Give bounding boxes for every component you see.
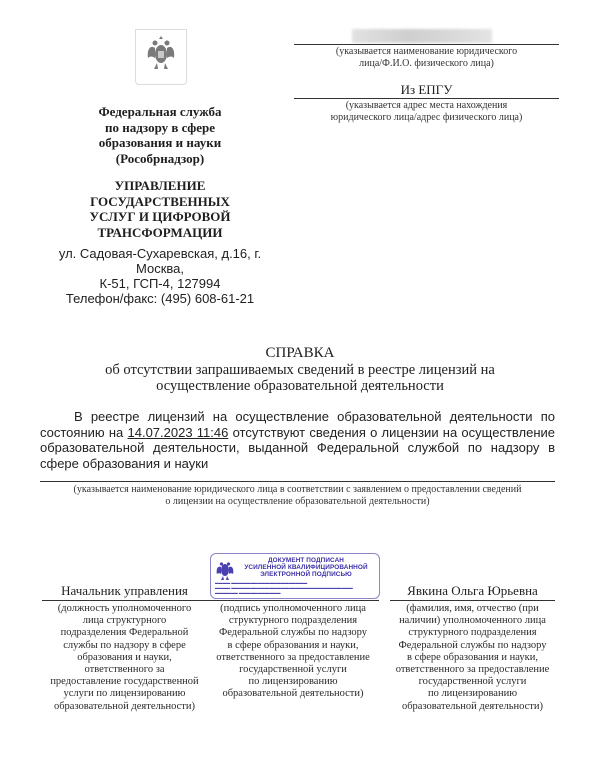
organization-line: Федеральная служба [60, 104, 260, 120]
hint-line: ответственного за предоставление [390, 664, 555, 676]
stamp-title: ДОКУМЕНТ ПОДПИСАН УСИЛЕННОЙ КВАЛИФИЦИРОВ… [237, 557, 375, 579]
stamp-validity-line: ▬▬▬▬▬▬ ▬▬▬▬▬▬▬▬▬▬▬ [215, 591, 375, 595]
hint-line: образовательной деятельности) [390, 701, 555, 713]
department-line: УПРАВЛЕНИЕ [60, 178, 260, 194]
hint-line: (указывается адрес места нахождения [294, 100, 559, 112]
hint-line: Федеральной службы по надзору [390, 640, 555, 652]
hint-line: предоставление государственной [42, 676, 207, 688]
hint-line: (должность уполномоченного [42, 603, 207, 615]
hint-line: государственной услуги [390, 676, 555, 688]
organization-address: ул. Садовая-Сухаревская, д.16, г. Москва… [38, 246, 282, 306]
hint-line: государственной услуги [207, 664, 379, 676]
position-line [42, 600, 207, 601]
document-title: СПРАВКА [0, 345, 600, 362]
organization-line: (Рособрнадзор) [60, 151, 260, 167]
hint-line: ответственного за предоставление [207, 652, 379, 664]
recipient-name-line [294, 44, 559, 45]
recipient-address-hint: (указывается адрес места нахождения юрид… [294, 100, 559, 124]
full-name-line [390, 600, 555, 601]
hint-line: ответственного за [42, 664, 207, 676]
position-hint: (должность уполномоченного лица структур… [42, 603, 207, 713]
entity-name-line [40, 481, 555, 482]
full-name-hint: (фамилия, имя, отчество (при наличии) уп… [390, 603, 555, 713]
organization-line: по надзору в сфере [60, 120, 260, 136]
coat-of-arms-emblem [135, 29, 187, 85]
hint-line: (фамилия, имя, отчество (при [390, 603, 555, 615]
address-line: К-51, ГСП-4, 127994 [38, 276, 282, 291]
stamp-owner-line: ▬▬▬▬ ▬▬▬▬▬▬▬▬▬▬▬▬▬▬▬▬▬▬▬▬▬▬▬▬▬▬▬▬▬▬▬▬ [215, 586, 375, 590]
hint-line: (указывается наименование юридического [294, 46, 559, 58]
redacted-recipient-name [352, 29, 492, 43]
department-line: ТРАНСФОРМАЦИИ [60, 225, 260, 241]
recipient-name-hint: (указывается наименование юридического л… [294, 46, 559, 70]
hint-line: структурного подразделения [390, 627, 555, 639]
hint-line: наличии) уполномоченного лица [390, 615, 555, 627]
address-line: ул. Садовая-Сухаревская, д.16, г. Москва… [38, 246, 282, 276]
hint-line: службы по надзору в сфере [42, 640, 207, 652]
electronic-signature-stamp: ДОКУМЕНТ ПОДПИСАН УСИЛЕННОЙ КВАЛИФИЦИРОВ… [210, 553, 380, 599]
hint-line: образовательной деятельности) [42, 701, 207, 713]
hint-line: в сфере образования и науки, [390, 652, 555, 664]
phone-line: Телефон/факс: (495) 608-61-21 [38, 291, 282, 306]
hint-line: по лицензированию [207, 676, 379, 688]
organization-name: Федеральная служба по надзору в сфере об… [60, 104, 260, 166]
signer-position: Начальник управления [42, 583, 207, 598]
hint-line: юридического лица/адрес физического лица… [294, 112, 559, 124]
hint-line: лица структурного [42, 615, 207, 627]
stamp-title-line: ЭЛЕКТРОННОЙ ПОДПИСЬЮ [237, 571, 375, 578]
hint-line: лица/Ф.И.О. физического лица) [294, 58, 559, 70]
recipient-address-line [294, 98, 559, 99]
hint-line: структурного подразделения [207, 615, 379, 627]
hint-line: подразделения Федеральной [42, 627, 207, 639]
signer-full-name: Явкина Ольга Юрьевна [390, 583, 555, 598]
department-line: УСЛУГ И ЦИФРОВОЙ [60, 209, 260, 225]
hint-line: о лицензии на осуществление образователь… [40, 496, 555, 508]
entity-name-hint: (указывается наименование юридического л… [40, 484, 555, 508]
recipient-address-value: Из ЕПГУ [294, 83, 559, 97]
query-date: 14.07.2023 11:46 [128, 425, 229, 440]
hint-line: услуги по лицензированию [42, 688, 207, 700]
eagle-emblem-icon [216, 559, 234, 581]
signature-line [207, 600, 379, 601]
stamp-certificate-line: ▬▬▬▬ ▬▬▬▬▬▬▬▬▬▬▬▬▬▬▬▬▬▬▬▬ [215, 581, 375, 585]
signature-hint: (подпись уполномоченного лица структурно… [207, 603, 379, 701]
hint-line: образования и науки, [42, 652, 207, 664]
department-line: ГОСУДАРСТВЕННЫХ [60, 194, 260, 210]
double-headed-eagle-icon [145, 34, 177, 74]
hint-line: образовательной деятельности) [207, 688, 379, 700]
document-subtitle: об отсутствии запрашиваемых сведений в р… [60, 362, 540, 394]
hint-line: по лицензированию [390, 688, 555, 700]
body-paragraph: В реестре лицензий на осуществление обра… [40, 409, 555, 471]
department-name: УПРАВЛЕНИЕ ГОСУДАРСТВЕННЫХ УСЛУГ И ЦИФРО… [60, 178, 260, 240]
hint-line: (указывается наименование юридического л… [40, 484, 555, 496]
hint-line: в сфере образования и науки, [207, 640, 379, 652]
hint-line: (подпись уполномоченного лица [207, 603, 379, 615]
hint-line: Федеральной службы по надзору [207, 627, 379, 639]
organization-line: образования и науки [60, 135, 260, 151]
